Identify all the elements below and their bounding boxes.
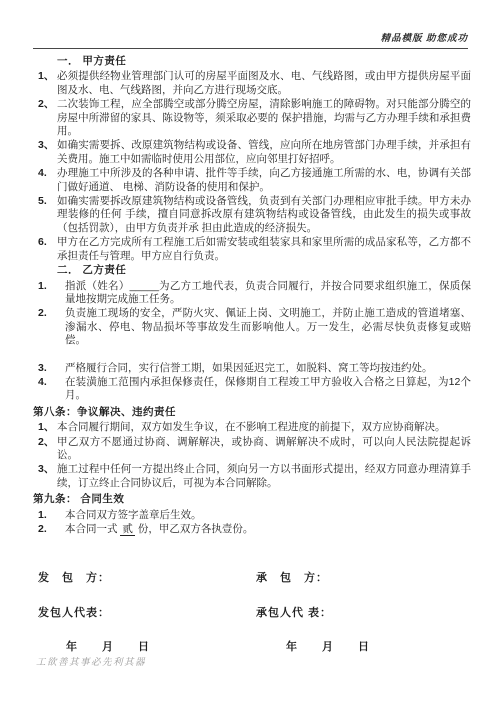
list-item-text: 如确实需要拆改原建筑物结构或设备管线，负责到有关部门办理相应审批手续。甲方未办理…: [57, 195, 471, 235]
copies-count-blank: 贰: [120, 523, 135, 536]
list-item-text: 在装潢施工范围内承担保修责任，保修期自工程竣工甲方验收入合格之日算起，为12个月…: [65, 376, 471, 403]
list-item: 3、 施工过程中任何一方提出终止合同，须向另一方以书面形式提出，经双方同意办理清…: [38, 463, 471, 490]
list-item: 6. 甲方在乙方完成所有工程施工后如需安装或组装家具和家里所需的成品家私等，乙方…: [38, 236, 471, 263]
section-title-party-a: 一． 甲方责任: [38, 55, 471, 68]
list-item: 2、 甲乙双方不愿通过协商、调解解决，或协商、调解解决不成时，可以向人民法院提起…: [38, 436, 471, 463]
list-item-text: 甲方在乙方完成所有工程施工后如需安装或组装家具和家里所需的成品家私等，乙方都不承…: [57, 236, 471, 263]
header-slogan: 精品模版 助您成功: [33, 30, 468, 49]
list-item-text: 甲乙双方不愿通过协商、调解解决，或协商、调解解决不成时，可以向人民法院提起诉讼。: [57, 436, 471, 463]
copies-text-pre: 本合同一式: [65, 523, 120, 535]
list-item-number: 3、: [38, 139, 57, 166]
list-item-number: 4.: [38, 376, 65, 403]
date-field-employer: 年 月 日: [38, 641, 256, 654]
list-item-number: 3、: [38, 463, 57, 490]
employer-rep-label: 发包人代表：: [38, 607, 256, 620]
list-item-text: 指派（姓名）_____为乙方工地代表，负责合同履行，并按合同要求组织施工，保质保…: [65, 280, 471, 307]
contractor-label: 承 包 方：: [256, 572, 471, 585]
date-field-contractor: 年 月 日: [256, 641, 471, 654]
list-item-number: 1、: [38, 70, 57, 97]
copies-text-post: 份，甲乙双方各执壹份。: [135, 523, 253, 535]
signature-row-parties: 发 包 方： 承 包 方：: [38, 572, 471, 585]
list-item-text: 必须提供经物业管理部门认可的房屋平面图及水、电、气线路图，或由甲方提供房屋平面图…: [57, 70, 471, 97]
employer-label: 发 包 方：: [38, 572, 256, 585]
list-item: 4. 在装潢施工范围内承担保修责任，保修期自工程竣工甲方验收入合格之日算起，为1…: [38, 376, 471, 403]
list-item-number: 1、: [38, 421, 57, 434]
contractor-rep-label: 承包人代 表：: [256, 607, 471, 620]
contract-document-page: 精品模版 助您成功 一． 甲方责任 1、 必须提供经物业管理部门认可的房屋平面图…: [0, 0, 500, 708]
list-item-number: 2.: [38, 523, 65, 536]
list-item-number: 2.: [38, 307, 65, 347]
list-item: 2、 二次装饰工程，应全部腾空或部分腾空房屋，清除影响施工的障碍物。对只能部分腾…: [38, 98, 471, 138]
list-item: 2. 负责施工现场的安全，严防火灾、佩证上岗、文明施工，并防止施工造成的管道堵塞…: [38, 307, 471, 347]
section-title-party-b: 二． 乙方责任: [38, 264, 471, 277]
list-item-number: 6.: [38, 236, 57, 263]
list-item-text: 负责施工现场的安全，严防火灾、佩证上岗、文明施工，并防止施工造成的管道堵塞、渗漏…: [65, 307, 471, 347]
list-item-number: 1.: [38, 509, 65, 522]
list-item-number: 3.: [38, 362, 65, 375]
list-item-text: 施工过程中任何一方提出终止合同，须向另一方以书面形式提出，经双方同意办理清算手续…: [57, 463, 471, 490]
list-item: 1. 指派（姓名）_____为乙方工地代表，负责合同履行，并按合同要求组织施工，…: [38, 280, 471, 307]
list-item-text: 本合同双方签字盖章后生效。: [65, 509, 471, 522]
list-item-number: 2、: [38, 436, 57, 463]
footer-motto: 工欲善其事必先利其器: [36, 654, 146, 668]
list-item: 4. 办理施工中所涉及的各种申请、批件等手续，向乙方接通施工所需的水、电，协调有…: [38, 167, 471, 194]
list-item: 3. 严格履行合同，实行信誉工期，如果因延迟完工，如脱料、窝工等均按违约处。: [38, 362, 471, 375]
list-item-text: 本合同履行期间，双方如发生争议，在不影响工程进度的前提下，双方应协商解决。: [57, 421, 471, 434]
contract-body: 一． 甲方责任 1、 必须提供经物业管理部门认可的房屋平面图及水、电、气线路图，…: [38, 55, 471, 676]
list-item: 3、 如确实需要拆、改原建筑物结构或设备、管线，应向所在地房管部门办理手续，并承…: [38, 139, 471, 166]
list-item-text: 二次装饰工程，应全部腾空或部分腾空房屋，清除影响施工的障碍物。对只能部分腾空的房…: [57, 98, 471, 138]
list-item-text: 如确实需要拆、改原建筑物结构或设备、管线，应向所在地房管部门办理手续，并承担有关…: [57, 139, 471, 166]
signature-block: 发 包 方： 承 包 方： 发包人代表： 承包人代 表： 年 月 日 年 月 日: [38, 572, 471, 654]
signature-row-representatives: 发包人代表： 承包人代 表：: [38, 607, 471, 620]
list-item-number: 1.: [38, 280, 65, 307]
list-item: 5. 如确实需要拆改原建筑物结构或设备管线，负责到有关部门办理相应审批手续。甲方…: [38, 195, 471, 235]
list-item-number: 2、: [38, 98, 57, 138]
list-item: 1、 必须提供经物业管理部门认可的房屋平面图及水、电、气线路图，或由甲方提供房屋…: [38, 70, 471, 97]
list-item: 1. 本合同双方签字盖章后生效。: [38, 509, 471, 522]
article-9-title: 第九条： 合同生效: [33, 493, 471, 506]
list-item: 2. 本合同一式 贰 份，甲乙双方各执壹份。: [38, 523, 471, 536]
list-item-text: 严格履行合同，实行信誉工期，如果因延迟完工，如脱料、窝工等均按违约处。: [65, 362, 471, 375]
signature-row-dates: 年 月 日 年 月 日: [38, 641, 471, 654]
list-item: 1、 本合同履行期间，双方如发生争议，在不影响工程进度的前提下，双方应协商解决。: [38, 421, 471, 434]
list-item-text: 本合同一式 贰 份，甲乙双方各执壹份。: [65, 523, 471, 536]
list-item-text: 办理施工中所涉及的各种申请、批件等手续，向乙方接通施工所需的水、电，协调有关部门…: [57, 167, 471, 194]
list-item-number: 5.: [38, 195, 57, 235]
article-8-title: 第八条：争议解决、违约责任: [33, 406, 471, 419]
list-item-number: 4.: [38, 167, 57, 194]
